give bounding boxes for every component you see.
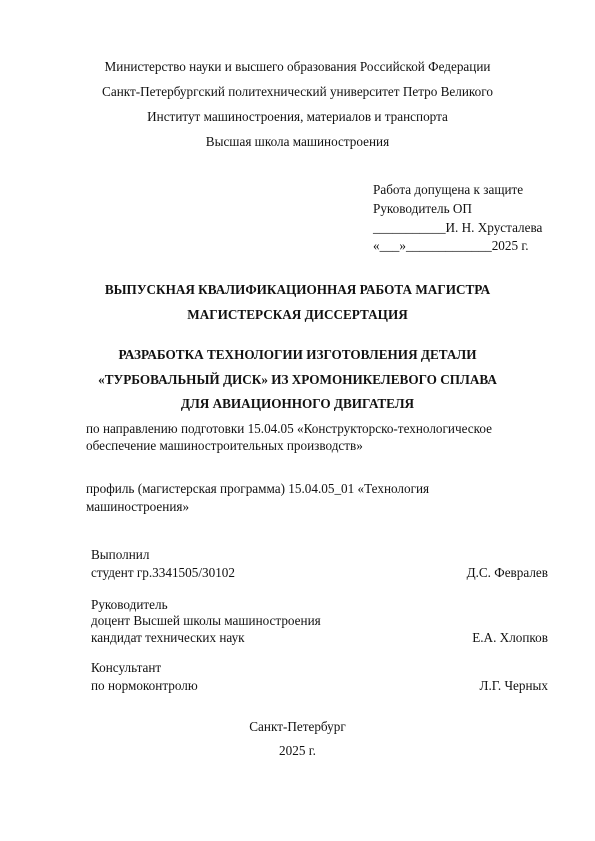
supervisor-role: Руководитель (91, 598, 168, 611)
approval-head: Руководитель ОП (373, 202, 472, 215)
direction-line1: по направлению подготовки 15.04.05 «Конс… (86, 422, 492, 435)
consultant-name: Л.Г. Черных (480, 679, 549, 692)
consultant-role: Консультант (91, 661, 161, 674)
supervisor-degree: кандидат технических наук (91, 631, 245, 644)
approval-date: «___»_____________2025 г. (373, 239, 529, 252)
approval-signature: ___________И. Н. Хрусталева (373, 221, 542, 234)
ministry-line: Министерство науки и высшего образования… (0, 60, 595, 73)
approval-admitted: Работа допущена к защите (373, 183, 523, 196)
institute-line: Институт машиностроения, материалов и тр… (0, 110, 595, 123)
supervisor-position: доцент Высшей школы машиностроения (91, 614, 321, 627)
work-type-line1: ВЫПУСКНАЯ КВАЛИФИКАЦИОННАЯ РАБОТА МАГИСТ… (0, 283, 595, 296)
supervisor-name: Е.А. Хлопков (472, 631, 548, 644)
footer-city: Санкт-Петербург (0, 720, 595, 733)
school-line: Высшая школа машиностроения (0, 135, 595, 148)
title-line2: «ТУРБОВАЛЬНЫЙ ДИСК» ИЗ ХРОМОНИКЕЛЕВОГО С… (0, 373, 595, 386)
direction-line2: обеспечение машиностроительных производс… (86, 439, 363, 452)
university-line: Санкт-Петербургский политехнический унив… (0, 85, 595, 98)
executor-group: студент гр.3341505/30102 (91, 566, 235, 579)
consultant-area: по нормоконтролю (91, 679, 198, 692)
title-line1: РАЗРАБОТКА ТЕХНОЛОГИИ ИЗГОТОВЛЕНИЯ ДЕТАЛ… (0, 348, 595, 361)
title-line3: ДЛЯ АВИАЦИОННОГО ДВИГАТЕЛЯ (0, 397, 595, 410)
work-type-line2: МАГИСТЕРСКАЯ ДИССЕРТАЦИЯ (0, 308, 595, 321)
footer-year: 2025 г. (0, 744, 595, 757)
executor-role: Выполнил (91, 548, 149, 561)
profile-line2: машиностроения» (86, 500, 189, 513)
executor-name: Д.С. Февралев (467, 566, 548, 579)
profile-line1: профиль (магистерская программа) 15.04.0… (86, 482, 429, 495)
